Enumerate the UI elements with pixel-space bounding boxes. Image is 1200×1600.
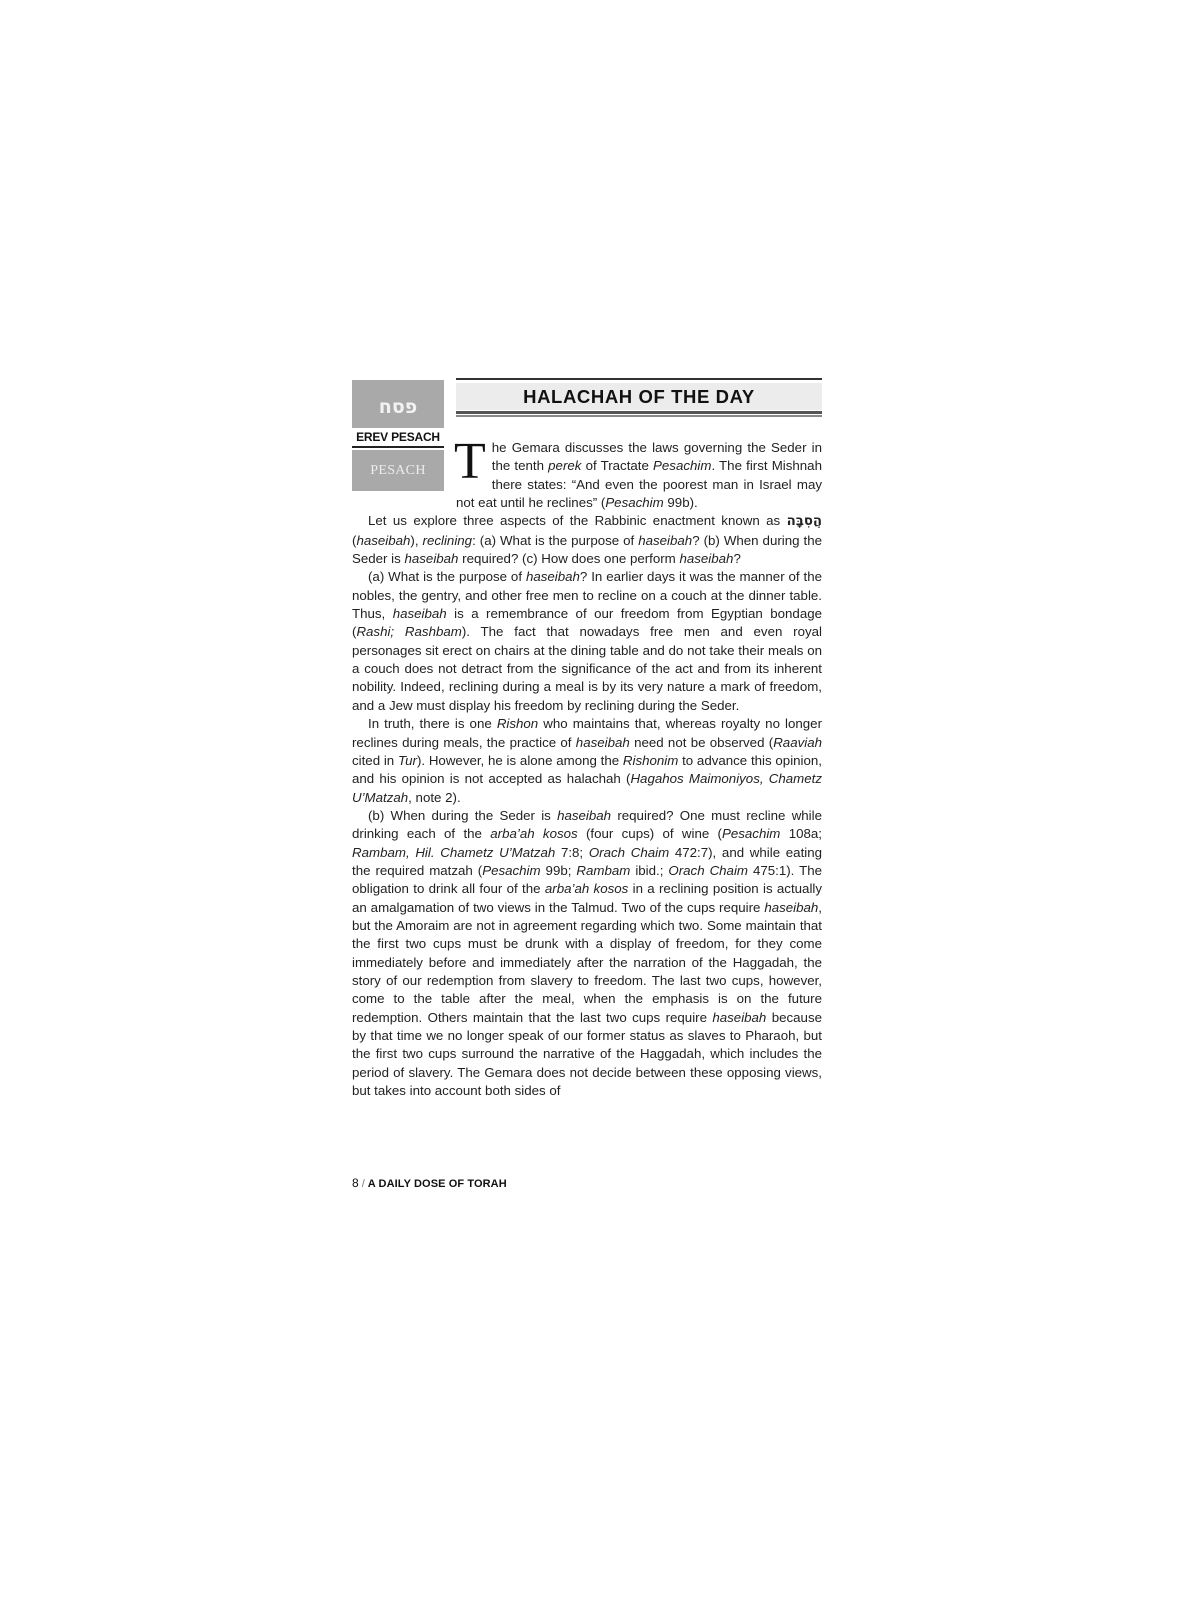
citation: Pesachim: [605, 495, 663, 510]
italic-term: Pesachim: [653, 458, 711, 473]
page-footer: 8/A DAILY DOSE OF TORAH: [352, 1176, 507, 1190]
paragraph-purpose: (a) What is the purpose of haseibah? In …: [352, 568, 822, 715]
text-span: need not be ob­served (: [630, 735, 773, 750]
text-span: of Tractate: [581, 458, 653, 473]
text-span: : (a) What is the purpose of: [472, 533, 638, 548]
paragraph-when: (b) When during the Seder is haseibah re…: [352, 807, 822, 1101]
italic-term: haseibah: [404, 551, 458, 566]
intro-paragraph: The Gemara discusses the laws governing …: [352, 439, 822, 512]
italic-term: arba’ah kosos: [545, 881, 628, 896]
text-span: 7:8;: [555, 845, 589, 860]
footer-separator: /: [362, 1178, 365, 1190]
text-span: (four cups) of wine (: [578, 826, 722, 841]
citation: Rashi; Rashbam: [356, 624, 461, 639]
text-span: In truth, there is one: [368, 716, 497, 731]
article-body: The Gemara discusses the laws governing …: [352, 439, 822, 1100]
citation: Rambam: [576, 863, 630, 878]
text-span: (a) What is the purpose of: [368, 569, 526, 584]
italic-term: arba’ah kosos: [490, 826, 577, 841]
text-span: (b) When during the Seder is: [368, 808, 557, 823]
italic-term: haseibah: [393, 606, 447, 621]
text-span: , note 2).: [408, 790, 460, 805]
italic-term: perek: [548, 458, 581, 473]
header-bottom-rule-thin: [456, 415, 822, 417]
italic-term: haseibah: [356, 533, 410, 548]
italic-term: ha­seibah: [679, 551, 733, 566]
citation: Tur: [398, 753, 417, 768]
paragraph-rishon: In truth, there is one Rishon who mainta…: [352, 715, 822, 807]
text-span: ibid.;: [630, 863, 668, 878]
italic-term: Rishon: [497, 716, 538, 731]
italic-term: haseibah: [638, 533, 692, 548]
page-number: 8: [352, 1176, 359, 1190]
hebrew-holiday-label: פסח: [379, 396, 417, 418]
italic-term: haseibah: [712, 1010, 766, 1025]
citation: Pesachim: [482, 863, 540, 878]
header-bar: HALACHAH OF THE DAY: [456, 383, 822, 410]
text-span: cited in: [352, 753, 398, 768]
text-span: ). However, he is alone among the: [417, 753, 623, 768]
intro-text: The Gemara discusses the laws governing …: [456, 439, 822, 512]
hebrew-term: הֲסִבָּה: [787, 514, 822, 529]
page-title: HALACHAH OF THE DAY: [523, 386, 755, 408]
text-span: , but the Amoraim are not in agreement r…: [352, 900, 822, 1025]
book-title: A DAILY DOSE OF TORAH: [368, 1178, 507, 1190]
text-span: required? (c) How does one perform: [458, 551, 679, 566]
citation: Raaviah: [773, 735, 822, 750]
italic-term: haseibah: [576, 735, 630, 750]
drop-cap: T: [454, 442, 486, 482]
hebrew-holiday-tab: פסח: [352, 380, 444, 428]
text-span: ?: [733, 551, 740, 566]
paragraph-aspects: Let us explore three aspects of the Rabb…: [352, 512, 822, 568]
header-top-rule: [456, 378, 822, 380]
text-span: ),: [410, 533, 422, 548]
citation: Orach Chaim: [668, 863, 748, 878]
text-span: 99b).: [664, 495, 698, 510]
italic-term: haseibah: [557, 808, 611, 823]
header-bottom-rule: [456, 411, 822, 414]
italic-term: haseibah: [526, 569, 580, 584]
text-span: 99b;: [541, 863, 577, 878]
italic-term: haseibah: [764, 900, 818, 915]
italic-term: Rishonim: [623, 753, 678, 768]
italic-term: reclining: [423, 533, 473, 548]
text-span: 108a;: [780, 826, 822, 841]
section-header: HALACHAH OF THE DAY: [456, 378, 822, 417]
citation: Rambam, Hil. Chametz U’Matzah: [352, 845, 555, 860]
citation: Orach Chaim: [589, 845, 669, 860]
text-span: Let us explore three aspects of the Rabb…: [368, 513, 787, 528]
citation: Pesachim: [722, 826, 780, 841]
